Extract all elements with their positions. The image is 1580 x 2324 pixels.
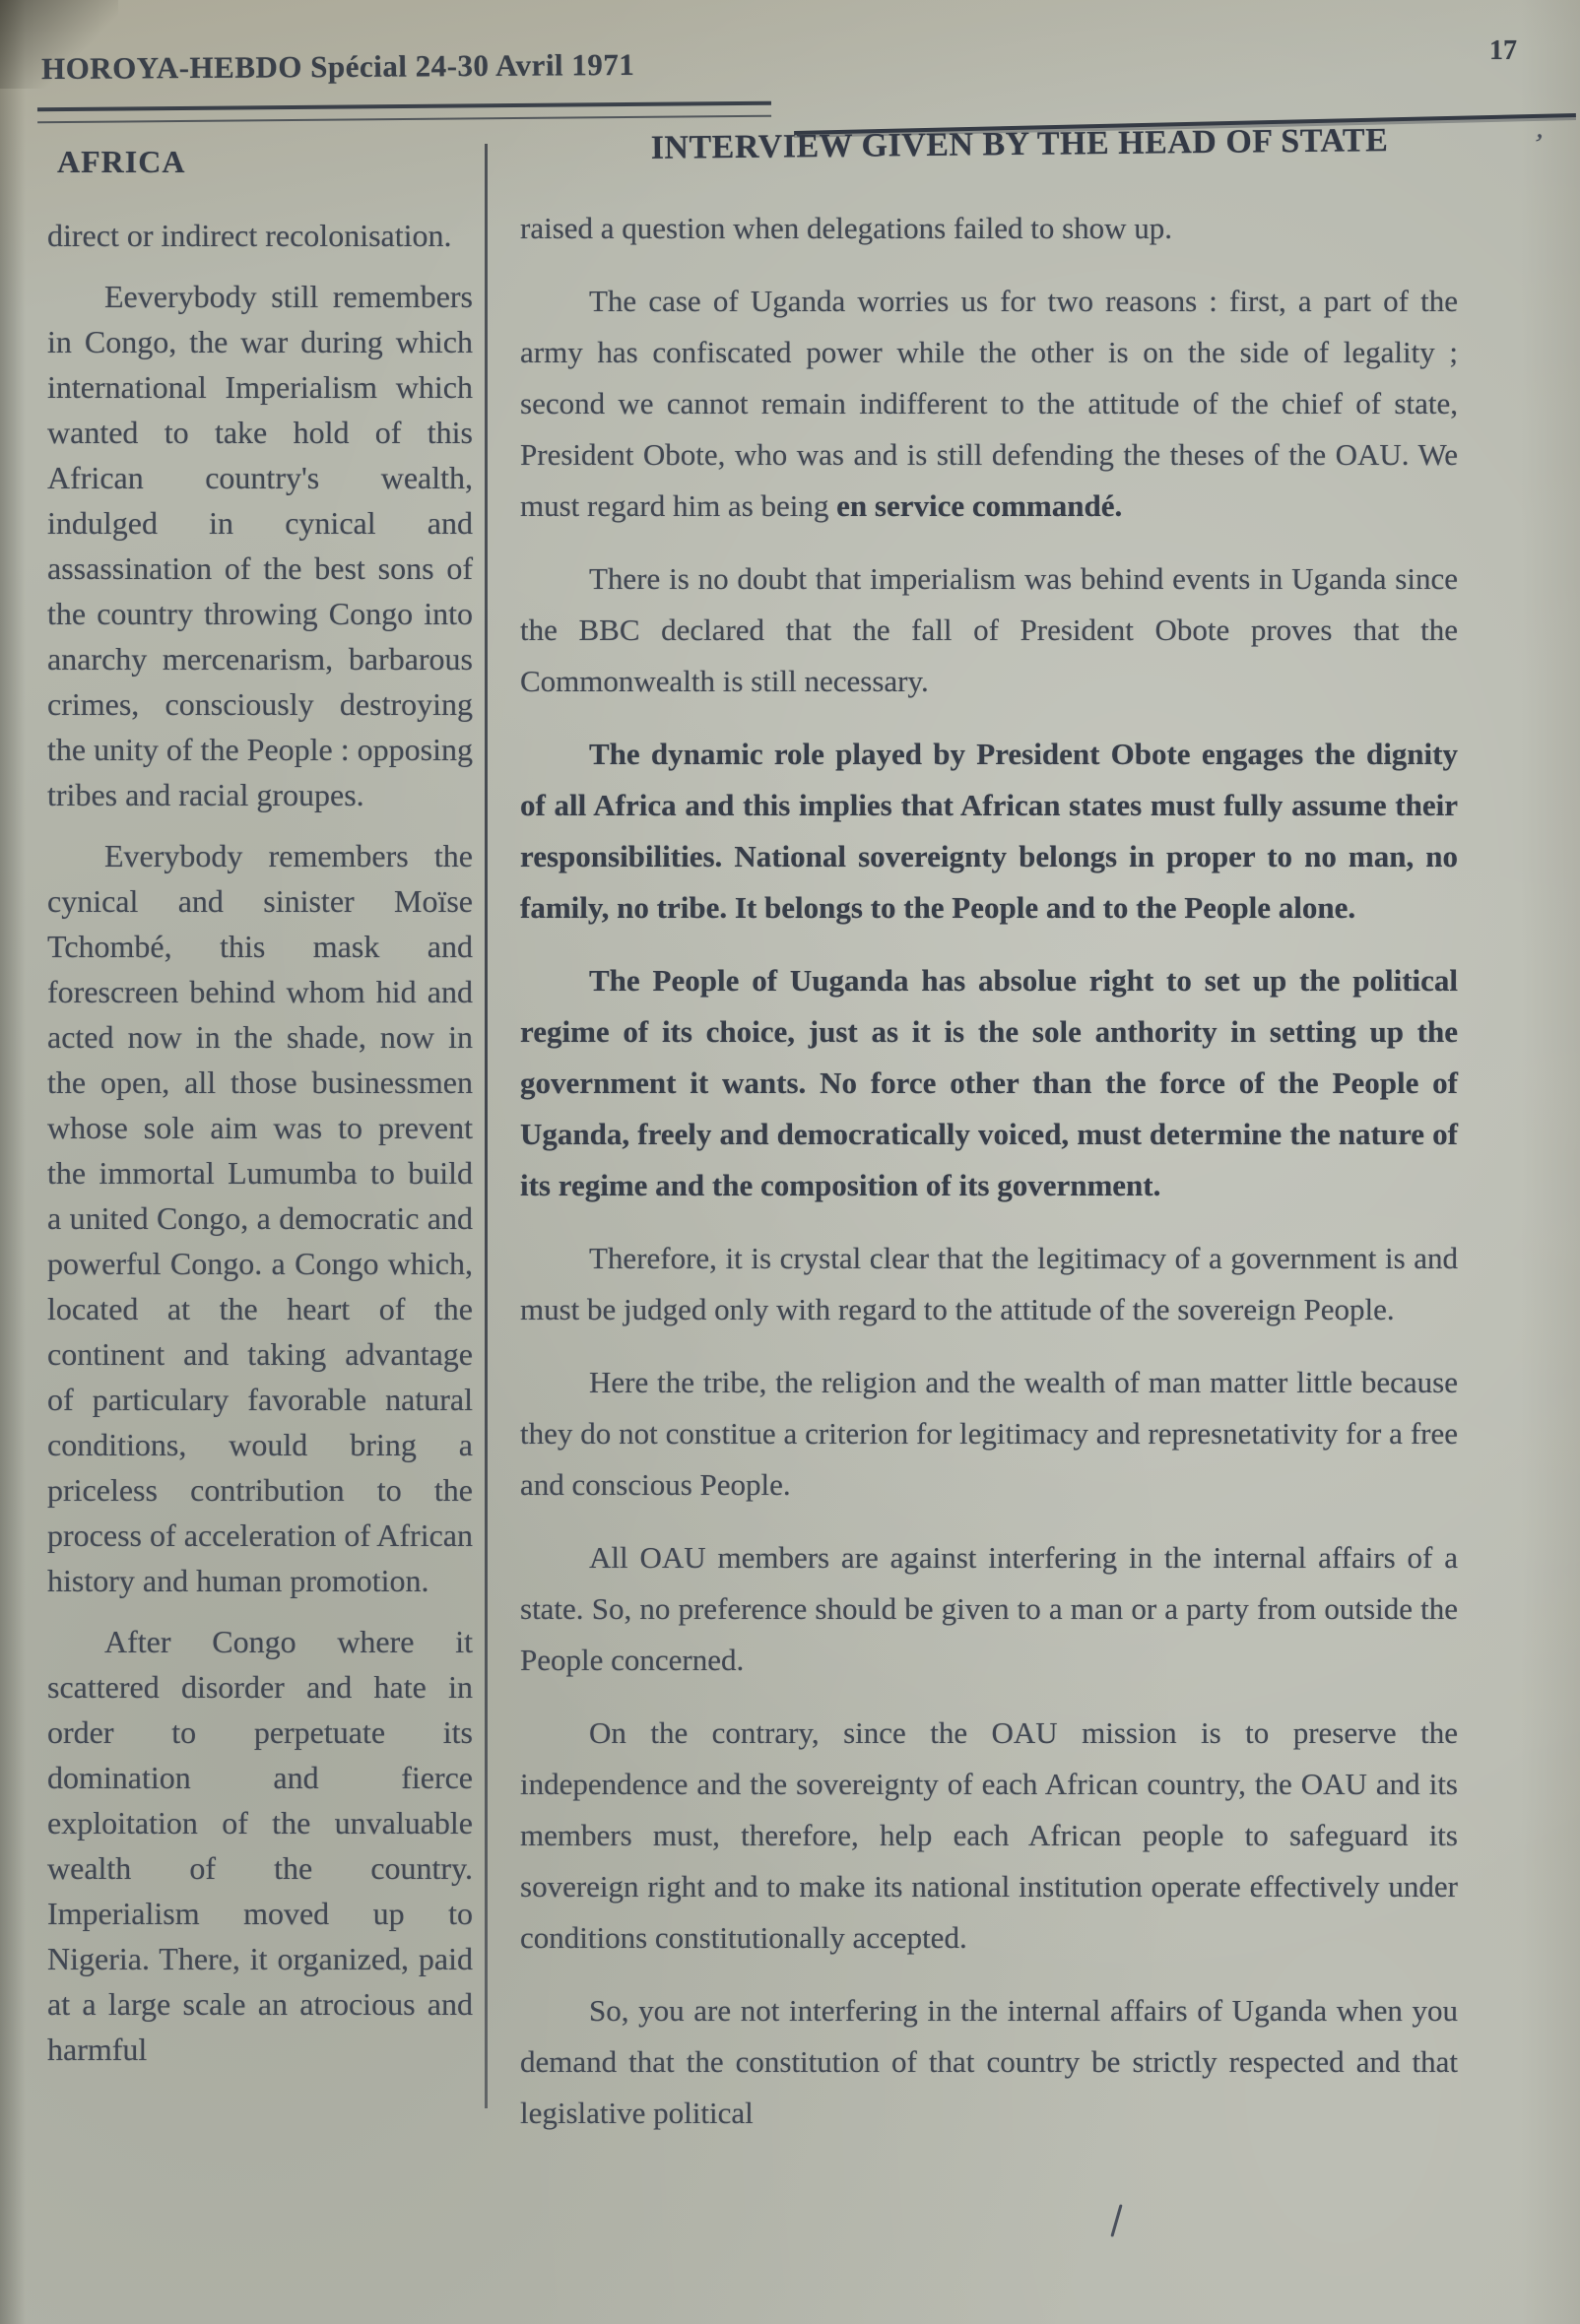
masthead: HOROYA-HEBDO Spécial 24-30 Avril 1971 [41,47,635,87]
paragraph: All OAU members are against interfering … [520,1532,1458,1686]
newspaper-page: HOROYA-HEBDO Spécial 24-30 Avril 1971 17… [0,0,1580,2324]
paragraph: So, you are not interfering in the inter… [520,1985,1458,2139]
paragraph: direct or indirect recolonisation. [47,213,473,258]
paragraph: Therefore, it is crystal clear that the … [520,1233,1458,1335]
paragraph: Eeverybody still remembers in Congo, the… [47,274,473,817]
paragraph: raised a question when delegations faile… [520,203,1458,254]
paragraph: After Congo where it scattered disorder … [47,1619,473,2072]
paragraph: The People of Uuganda has absolue right … [520,955,1458,1211]
paragraph-bold-phrase: en service commandé. [836,488,1122,523]
page-number: 17 [1489,35,1517,67]
paragraph-text: The case of Uganda worries us for two re… [520,284,1458,523]
masthead-rule [37,101,771,124]
right-column: raised a question when delegations faile… [520,203,1458,2161]
section-heading-africa: AFRICA [57,144,185,180]
article-headline: INTERVIEW GIVEN BY THE HEAD OF STATE [512,121,1527,169]
paragraph: Everybody remembers the cynical and sini… [47,833,473,1603]
paragraph: On the contrary, since the OAU mission i… [520,1708,1458,1964]
column-divider [485,144,488,2108]
paragraph: The case of Uganda worries us for two re… [520,276,1458,532]
stray-mark [1110,2204,1122,2237]
ink-speck: ʼ [1530,127,1547,161]
paragraph: The dynamic role played by President Obo… [520,729,1458,934]
paragraph: Here the tribe, the religion and the wea… [520,1357,1458,1511]
left-column: direct or indirect recolonisation. Eever… [47,213,473,2088]
paragraph: There is no doubt that imperialism was b… [520,553,1458,707]
